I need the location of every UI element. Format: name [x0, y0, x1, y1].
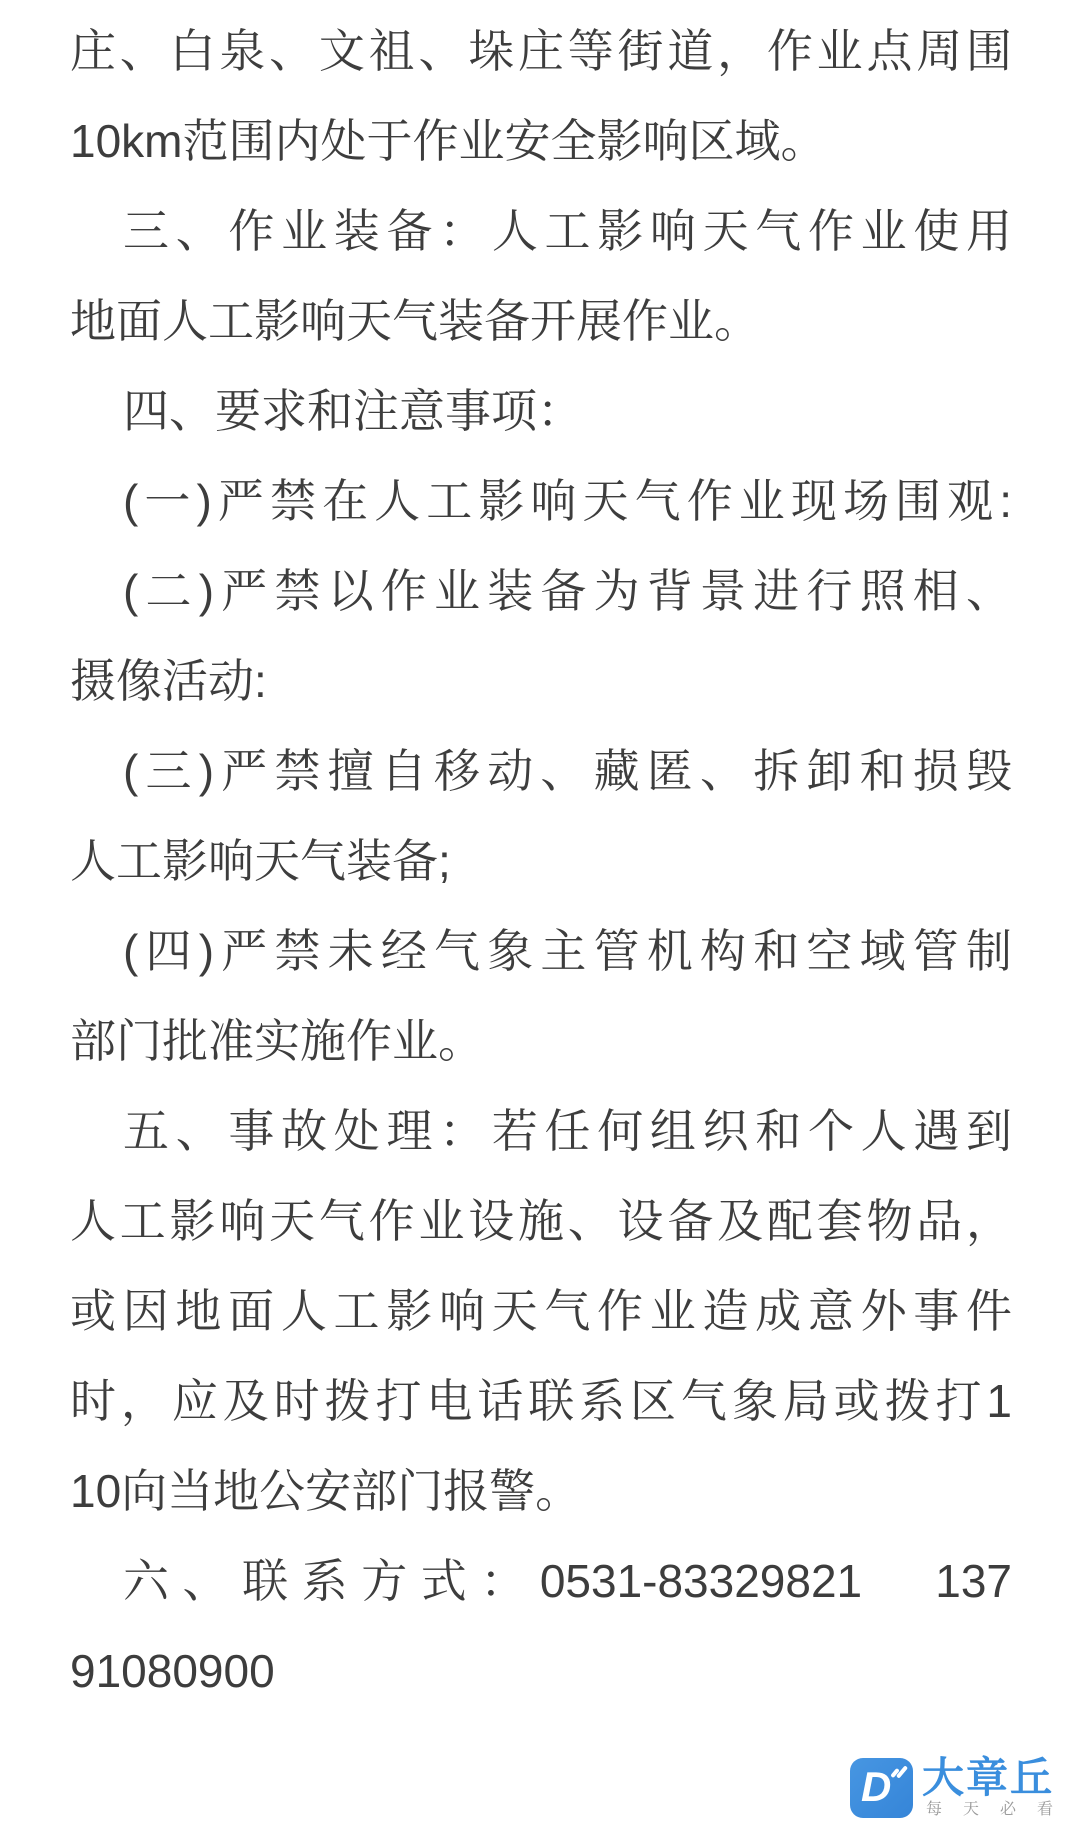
- text-line: (三)严禁擅自移动、藏匿、拆卸和损毁: [70, 726, 1012, 816]
- text-line: 10向当地公安部门报警。: [70, 1446, 1012, 1536]
- text-line: 部门批准实施作业。: [70, 996, 1012, 1086]
- text-line: 时，应及时拨打电话联系区气象局或拨打1: [70, 1356, 1012, 1446]
- brand-tagline: 每天必看: [922, 1802, 1074, 1818]
- text-line: 或因地面人工影响天气作业造成意外事件: [70, 1266, 1012, 1356]
- text-line: 四、要求和注意事项：: [70, 366, 1012, 456]
- brand-name: 大章丘: [922, 1757, 1074, 1799]
- text-line: 庄、白泉、文祖、垛庄等街道，作业点周围: [70, 6, 1012, 96]
- text-line: 人工影响天气装备;: [70, 816, 1012, 906]
- text-line: 人工影响天气作业设施、设备及配套物品，: [70, 1176, 1012, 1266]
- article-body: 庄、白泉、文祖、垛庄等街道，作业点周围10km范围内处于作业安全影响区域。三、作…: [0, 6, 1080, 1716]
- text-line: (二)严禁以作业装备为背景进行照相、: [70, 546, 1012, 636]
- text-line: 五、事故处理：若任何组织和个人遇到: [70, 1086, 1012, 1176]
- text-line: 三、作业装备：人工影响天气作业使用: [70, 186, 1012, 276]
- text-line: 地面人工影响天气装备开展作业。: [70, 276, 1012, 366]
- text-line: 摄像活动:: [70, 636, 1012, 726]
- text-line: 91080900: [70, 1626, 1012, 1716]
- text-line: 六、联系方式：0531-83329821 137: [70, 1536, 1012, 1626]
- brand-text: 大章丘 每天必看: [922, 1757, 1074, 1818]
- logo-letter: D: [861, 1762, 891, 1812]
- brand-watermark: D 大章丘 每天必看: [850, 1757, 1074, 1818]
- dazhangqiu-logo-icon: D: [850, 1758, 913, 1818]
- text-line: 10km范围内处于作业安全影响区域。: [70, 96, 1012, 186]
- text-line: (一)严禁在人工影响天气作业现场围观:: [70, 456, 1012, 546]
- text-line: (四)严禁未经气象主管机构和空域管制: [70, 906, 1012, 996]
